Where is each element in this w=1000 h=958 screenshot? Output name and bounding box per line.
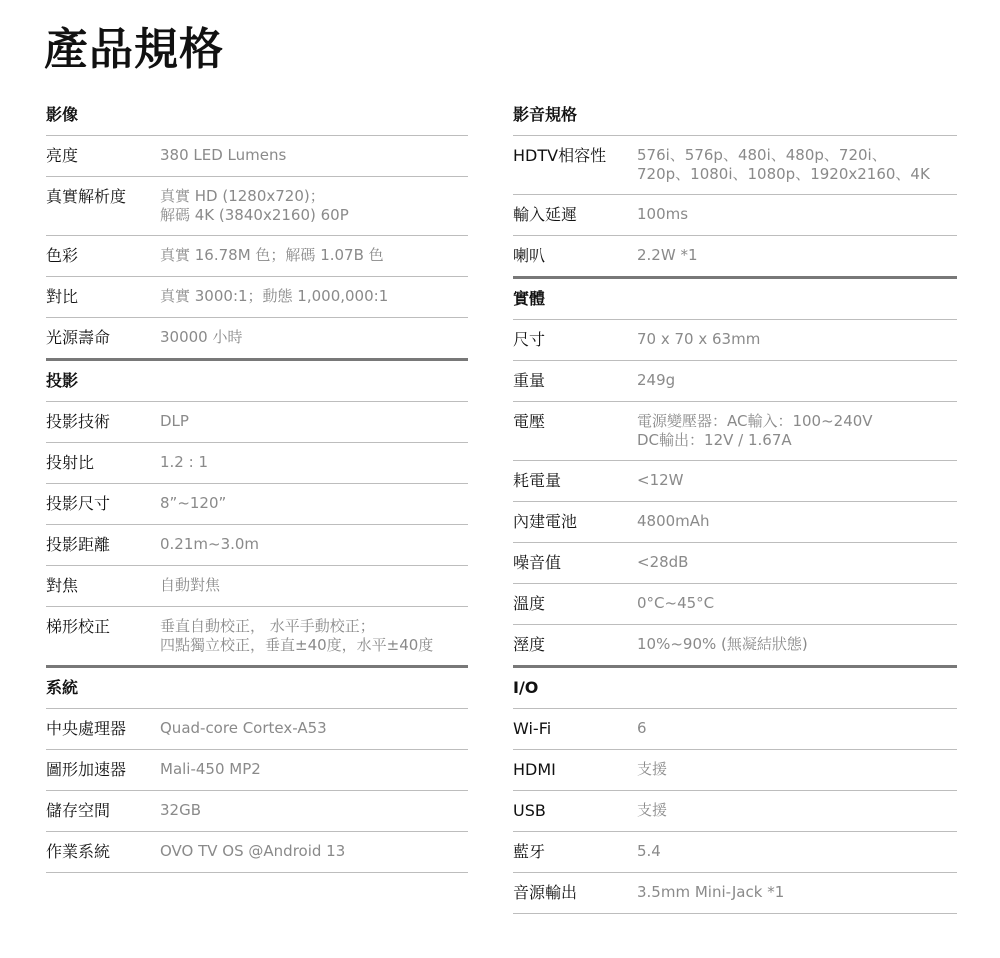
spec-value: <28dB: [637, 552, 957, 572]
spec-label: 藍牙: [513, 841, 637, 862]
spec-row: 耗電量<12W: [513, 461, 957, 502]
spec-label: HDTV相容性: [513, 145, 637, 166]
spec-row: 中央處理器Quad-core Cortex-A53: [46, 709, 468, 750]
spec-label: 圖形加速器: [46, 759, 160, 780]
spec-label: 對焦: [46, 575, 160, 596]
spec-value: 249g: [637, 370, 957, 390]
spec-row: 音源輸出3.5mm Mini-Jack *1: [513, 873, 957, 914]
spec-value: 真實 3000:1；動態 1,000,000:1: [160, 286, 468, 306]
spec-value: 真實 16.78M 色；解碼 1.07B 色: [160, 245, 468, 265]
spec-label: 對比: [46, 286, 160, 307]
spec-row: 圖形加速器Mali-450 MP2: [46, 750, 468, 791]
spec-value: 100ms: [637, 204, 957, 224]
spec-value: 576i、576p、480i、480p、720i、 720p、1080i、108…: [637, 145, 957, 184]
spec-value: 0°C~45°C: [637, 593, 957, 613]
spec-row: 對比真實 3000:1；動態 1,000,000:1: [46, 277, 468, 318]
spec-label: 作業系統: [46, 841, 160, 862]
spec-label: Wi-Fi: [513, 718, 637, 739]
spec-row: 梯形校正垂直自動校正， 水平手動校正； 四點獨立校正，垂直±40度，水平±40度: [46, 607, 468, 668]
spec-label: 內建電池: [513, 511, 637, 532]
section-heading-physical: 實體: [513, 279, 957, 320]
spec-row: 投射比1.2 : 1: [46, 443, 468, 484]
spec-value: 3.5mm Mini-Jack *1: [637, 882, 957, 902]
spec-value: 6: [637, 718, 957, 738]
spec-row: 真實解析度真實 HD (1280x720)； 解碼 4K (3840x2160)…: [46, 177, 468, 236]
spec-label: 光源壽命: [46, 327, 160, 348]
spec-value: 380 LED Lumens: [160, 145, 468, 165]
spec-label: 投影技術: [46, 411, 160, 432]
spec-row: Wi-Fi6: [513, 709, 957, 750]
spec-label: 投影距離: [46, 534, 160, 555]
spec-value: Quad-core Cortex-A53: [160, 718, 468, 738]
spec-column-right: 影音規格 HDTV相容性576i、576p、480i、480p、720i、 72…: [513, 95, 957, 914]
spec-value: 自動對焦: [160, 575, 468, 595]
spec-value: 電源變壓器：AC輸入：100~240V DC輸出：12V / 1.67A: [637, 411, 957, 450]
spec-label: 噪音值: [513, 552, 637, 573]
page-title: 產品規格: [44, 22, 224, 78]
spec-label: 投影尺寸: [46, 493, 160, 514]
spec-label: 梯形校正: [46, 616, 160, 637]
section-heading-system: 系統: [46, 668, 468, 709]
spec-value: 5.4: [637, 841, 957, 861]
spec-row: 重量249g: [513, 361, 957, 402]
spec-row: 投影尺寸8”~120”: [46, 484, 468, 525]
spec-row: HDMI支援: [513, 750, 957, 791]
spec-label: 耗電量: [513, 470, 637, 491]
spec-value: 垂直自動校正， 水平手動校正； 四點獨立校正，垂直±40度，水平±40度: [160, 616, 468, 655]
spec-row: 輸入延遲100ms: [513, 195, 957, 236]
spec-value: 1.2 : 1: [160, 452, 468, 472]
spec-row: 內建電池4800mAh: [513, 502, 957, 543]
spec-label: 溼度: [513, 634, 637, 655]
spec-row: 對焦自動對焦: [46, 566, 468, 607]
spec-value: Mali-450 MP2: [160, 759, 468, 779]
spec-label: 投射比: [46, 452, 160, 473]
spec-row: 投影距離0.21m~3.0m: [46, 525, 468, 566]
spec-value: 支援: [637, 800, 957, 820]
section-heading-av-specs: 影音規格: [513, 95, 957, 136]
spec-label: 輸入延遲: [513, 204, 637, 225]
spec-value: 0.21m~3.0m: [160, 534, 468, 554]
spec-column-left: 影像 亮度380 LED Lumens 真實解析度真實 HD (1280x720…: [46, 95, 468, 873]
spec-label: USB: [513, 800, 637, 821]
spec-label: 重量: [513, 370, 637, 391]
spec-row: 亮度380 LED Lumens: [46, 136, 468, 177]
spec-row: 作業系統OVO TV OS @Android 13: [46, 832, 468, 873]
spec-label: 溫度: [513, 593, 637, 614]
spec-label: 色彩: [46, 245, 160, 266]
spec-row: 投影技術DLP: [46, 402, 468, 443]
spec-value: <12W: [637, 470, 957, 490]
spec-row: USB支援: [513, 791, 957, 832]
spec-row: 電壓電源變壓器：AC輸入：100~240V DC輸出：12V / 1.67A: [513, 402, 957, 461]
spec-row: 尺寸70 x 70 x 63mm: [513, 320, 957, 361]
spec-row: 儲存空間32GB: [46, 791, 468, 832]
section-heading-io: I/O: [513, 668, 957, 709]
spec-row: 喇叭2.2W *1: [513, 236, 957, 279]
spec-value: DLP: [160, 411, 468, 431]
spec-value: 32GB: [160, 800, 468, 820]
spec-label: HDMI: [513, 759, 637, 780]
spec-value: 真實 HD (1280x720)； 解碼 4K (3840x2160) 60P: [160, 186, 468, 225]
spec-row: 溼度10%~90% (無凝結狀態): [513, 625, 957, 668]
spec-value: 10%~90% (無凝結狀態): [637, 634, 957, 654]
spec-value: 30000 小時: [160, 327, 468, 347]
spec-value: 70 x 70 x 63mm: [637, 329, 957, 349]
section-heading-projection: 投影: [46, 361, 468, 402]
spec-row: 溫度0°C~45°C: [513, 584, 957, 625]
spec-row: 光源壽命30000 小時: [46, 318, 468, 361]
spec-label: 電壓: [513, 411, 637, 432]
spec-value: OVO TV OS @Android 13: [160, 841, 468, 861]
spec-label: 儲存空間: [46, 800, 160, 821]
spec-row: 色彩真實 16.78M 色；解碼 1.07B 色: [46, 236, 468, 277]
spec-label: 音源輸出: [513, 882, 637, 903]
section-heading-image: 影像: [46, 95, 468, 136]
spec-row: 噪音值<28dB: [513, 543, 957, 584]
spec-value: 2.2W *1: [637, 245, 957, 265]
spec-label: 尺寸: [513, 329, 637, 350]
spec-value: 支援: [637, 759, 957, 779]
spec-label: 真實解析度: [46, 186, 160, 207]
spec-label: 中央處理器: [46, 718, 160, 739]
spec-value: 8”~120”: [160, 493, 468, 513]
spec-row: HDTV相容性576i、576p、480i、480p、720i、 720p、10…: [513, 136, 957, 195]
spec-row: 藍牙5.4: [513, 832, 957, 873]
spec-label: 喇叭: [513, 245, 637, 266]
spec-label: 亮度: [46, 145, 160, 166]
spec-value: 4800mAh: [637, 511, 957, 531]
